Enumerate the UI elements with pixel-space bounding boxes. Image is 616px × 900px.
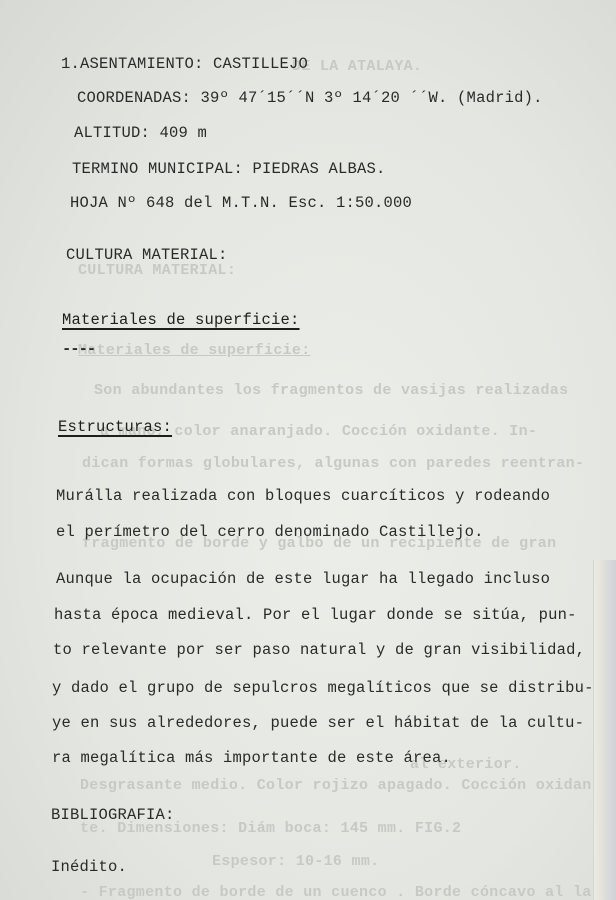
show-through-text: dican formas globulares, algunas con par… [82, 455, 584, 472]
show-through-text: CULTURA MATERIAL: [78, 262, 236, 279]
materiales-value: ---- [62, 340, 95, 358]
show-through-text: Materiales de superficie: [78, 342, 311, 359]
show-through-text: Desgrasante medio. Color rojizo apagado.… [80, 777, 601, 794]
show-through-text: - Fragmento de borde de un cuenco . Bord… [80, 884, 592, 900]
materiales-heading: Materiales de superficie: [62, 311, 300, 329]
bibliografia-value: Inédito. [51, 858, 127, 876]
asentamiento-line: 1.ASENTAMIENTO: CASTILLEJO [61, 55, 308, 73]
bibliografia-heading: BIBLIOGRAFIA: [51, 806, 175, 824]
termino-municipal-line: TERMINO MUNICIPAL: PIEDRAS ALBAS. [72, 160, 386, 178]
discussion-text-line: ye en sus alrededores, puede ser el hábi… [52, 714, 584, 732]
document-page: DE LA ATALAYA. CULTURA MATERIAL: Materia… [0, 0, 616, 900]
discussion-text-line: y dado el grupo de sepulcros megalíticos… [52, 679, 594, 697]
cultura-material-heading: CULTURA MATERIAL: [66, 246, 228, 264]
discussion-text-line: ra megalítica más importante de este áre… [52, 749, 451, 767]
altitud-line: ALTITUD: 409 m [74, 124, 207, 142]
discussion-text-line: Aunque la ocupación de este lugar ha lle… [56, 570, 550, 588]
estructuras-heading: Estructuras: [58, 418, 172, 436]
estructuras-text-line: Murálla realizada con bloques cuarcítico… [56, 487, 550, 505]
show-through-text: Son abundantes los fragmentos de vasijas… [94, 382, 568, 399]
show-through-text: DE LA ATALAYA. [292, 58, 422, 75]
estructuras-text-line: el perímetro del cerro denominado Castil… [56, 523, 484, 541]
hoja-line: HOJA Nº 648 del M.T.N. Esc. 1:50.000 [70, 194, 412, 212]
show-through-text: Espesor: 10-16 mm. [212, 853, 379, 870]
paper-edge [593, 560, 616, 900]
discussion-text-line: hasta época medieval. Por el lugar donde… [54, 606, 577, 624]
coordenadas-line: COORDENADAS: 39º 47´15´´N 3º 14´20 ´´W. … [77, 89, 543, 107]
discussion-text-line: to relevante por ser paso natural y de g… [53, 641, 585, 659]
